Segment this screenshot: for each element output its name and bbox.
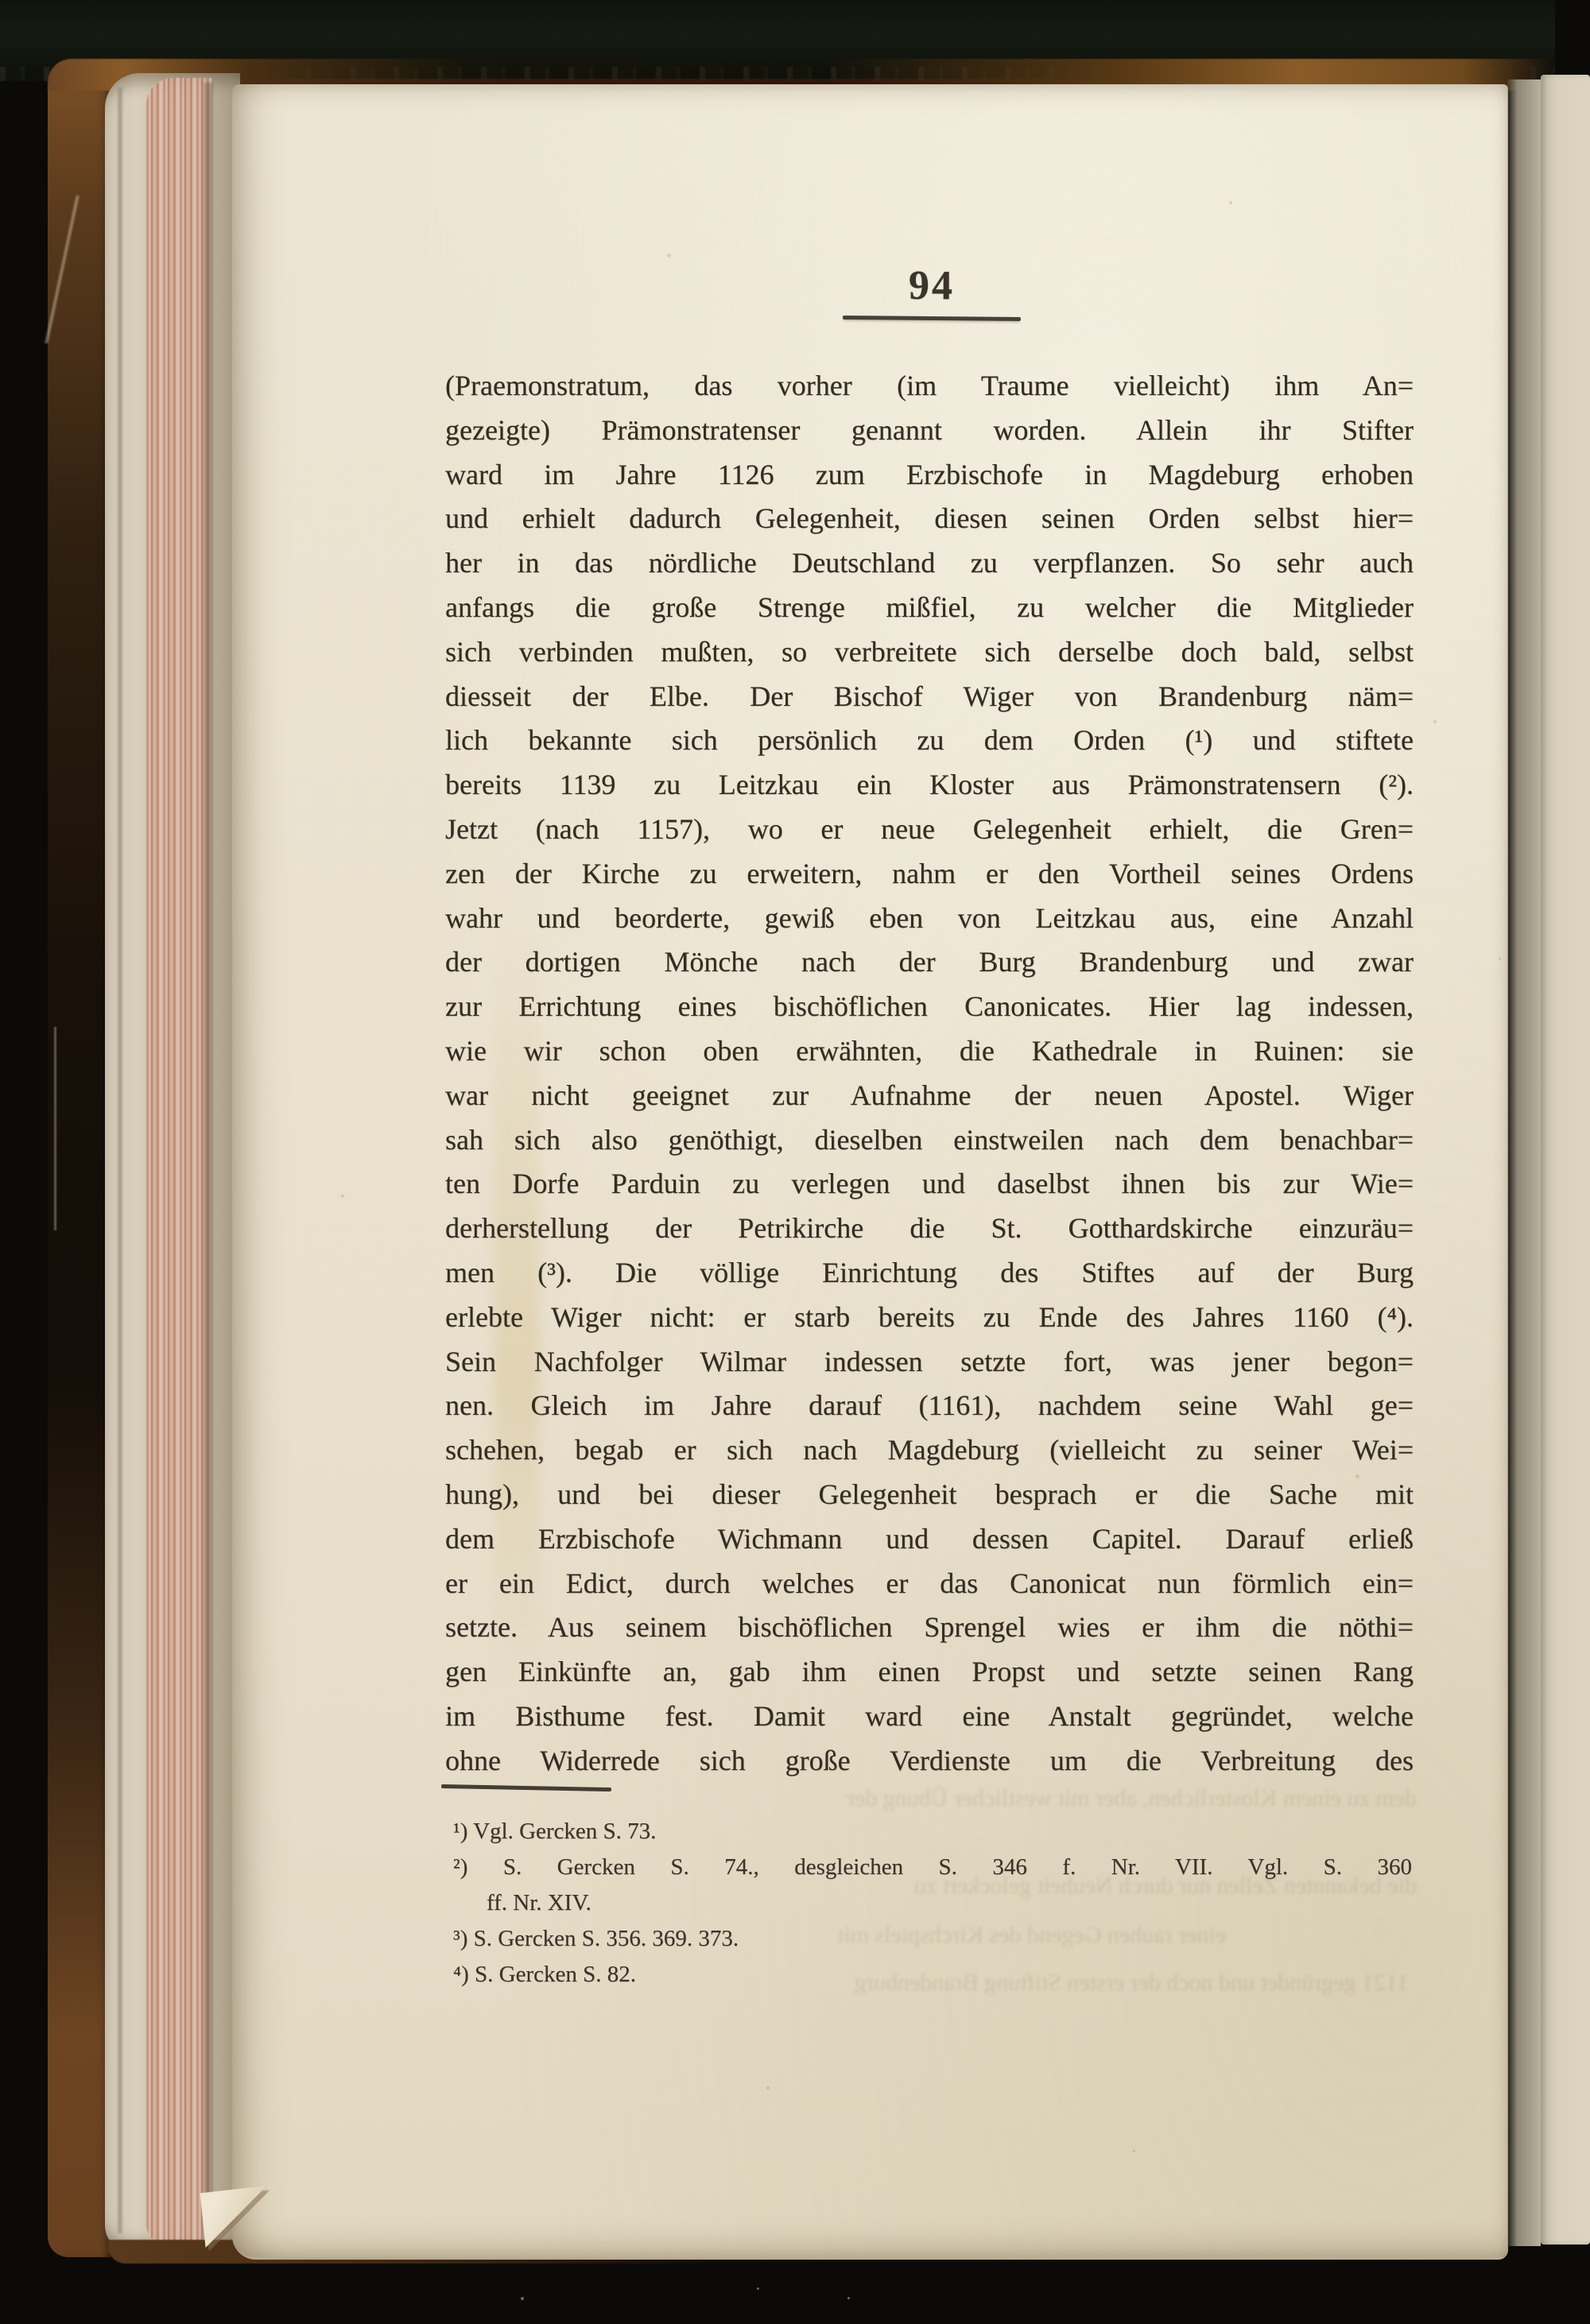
dog-ear-paper bbox=[199, 2186, 267, 2248]
body-text-line: lich bekannte sich persönlich zu dem Ord… bbox=[445, 719, 1414, 763]
cover-scratch bbox=[54, 1027, 56, 1230]
foxing-spot bbox=[898, 429, 902, 433]
body-text-line: war nicht geeignet zur Aufnahme der neue… bbox=[445, 1074, 1414, 1118]
footnote-separator-rule bbox=[441, 1784, 611, 1791]
foxing-spot bbox=[666, 253, 672, 258]
body-text-line: hung), und bei dieser Gelegenheit bespra… bbox=[445, 1473, 1414, 1517]
body-text-line: er ein Edict, durch welches er das Canon… bbox=[445, 1562, 1414, 1606]
body-text-line: der dortigen Mönche nach der Burg Brande… bbox=[445, 940, 1414, 985]
body-text-line: erlebte Wiger nicht: er starb bereits zu… bbox=[445, 1296, 1414, 1340]
book-page: 94 (Praemonstratum, das vorher (im Traum… bbox=[232, 84, 1508, 2260]
body-text-line: setzte. Aus seinem bischöflichen Sprenge… bbox=[445, 1605, 1414, 1650]
foxing-spot bbox=[1355, 1474, 1360, 1479]
page-gap-shadow bbox=[1507, 79, 1541, 2246]
showthrough-text: einer rauhen Gegend des Kirchspiels mit bbox=[709, 1922, 1226, 1949]
body-text-line: bereits 1139 zu Leitzkau ein Kloster aus… bbox=[445, 763, 1414, 808]
page-block-line bbox=[118, 87, 122, 2233]
body-text-line: sah sich also genöthigt, dieselben einst… bbox=[445, 1118, 1414, 1163]
body-text-line: im Bisthume fest. Damit ward eine Anstal… bbox=[445, 1695, 1414, 1739]
body-text-line: dem Erzbischofe Wichmann und dessen Capi… bbox=[445, 1517, 1414, 1562]
body-text-line: und erhielt dadurch Gelegenheit, diesen … bbox=[445, 497, 1414, 541]
showthrough-text: die bekannten Zellen nur durch Neuheit g… bbox=[812, 1873, 1417, 1900]
body-text-line: men (³). Die völlige Einrichtung des Sti… bbox=[445, 1251, 1414, 1296]
foxing-spot bbox=[1498, 957, 1502, 961]
dog-ear-fold bbox=[199, 2186, 267, 2248]
body-text-line: Jetzt (nach 1157), wo er neue Gelegenhei… bbox=[445, 808, 1414, 852]
footnotes: ¹) Vgl. Gercken S. 73. ²) S. Gercken S. … bbox=[453, 1814, 1412, 1993]
body-text-line: schehen, begab er sich nach Magdeburg (v… bbox=[445, 1428, 1414, 1473]
facing-page-edge bbox=[1541, 75, 1590, 2245]
foxing-spot bbox=[1228, 200, 1233, 205]
body-text: (Praemonstratum, das vorher (im Traume v… bbox=[445, 364, 1414, 1784]
page-block-shadow bbox=[202, 83, 213, 2245]
foxing-spot bbox=[560, 510, 564, 514]
page-number: 94 bbox=[852, 262, 1011, 309]
showthrough-text: 1121 gegründet und noch der ersten Stift… bbox=[677, 1970, 1409, 1997]
foxing-spot bbox=[1433, 719, 1437, 724]
body-text-line: wahr und beorderte, gewiß eben von Leitz… bbox=[445, 897, 1414, 941]
body-text-line: anfangs die große Strenge mißfiel, zu we… bbox=[445, 586, 1414, 630]
body-text-line: gen Einkünfte an, gab ihm einen Propst u… bbox=[445, 1650, 1414, 1695]
book-cover-spine-edge bbox=[48, 60, 111, 2257]
body-text-line: her in das nördliche Deutschland zu verp… bbox=[445, 541, 1414, 586]
page-number-rule bbox=[843, 316, 1021, 321]
dust-speck bbox=[757, 2287, 759, 2290]
foxing-spot bbox=[340, 1194, 345, 1199]
body-text-line: nen. Gleich im Jahre darauf (1161), nach… bbox=[445, 1384, 1414, 1428]
footnote-line: ¹) Vgl. Gercken S. 73. bbox=[453, 1814, 1412, 1850]
body-text-line: sich verbinden mußten, so verbreitete si… bbox=[445, 630, 1414, 675]
body-text-line: gezeigte) Prämonstratenser genannt worde… bbox=[445, 409, 1414, 453]
body-text-line: wie wir schon oben erwähnten, die Kathed… bbox=[445, 1029, 1414, 1074]
body-text-line: (Praemonstratum, das vorher (im Traume v… bbox=[445, 364, 1414, 409]
body-text-line: diesseit der Elbe. Der Bischof Wiger von… bbox=[445, 675, 1414, 719]
body-text-line: ward im Jahre 1126 zum Erzbischofe in Ma… bbox=[445, 453, 1414, 498]
body-text-line: zen der Kirche zu erweitern, nahm er den… bbox=[445, 852, 1414, 897]
dust-speck bbox=[847, 2297, 850, 2299]
foxing-spot bbox=[1132, 2149, 1136, 2153]
body-text-line: ohne Widerrede sich große Verdienste um … bbox=[445, 1739, 1414, 1784]
book-scan: 94 (Praemonstratum, das vorher (im Traum… bbox=[0, 0, 1590, 2324]
body-text-line: derherstellung der Petrikirche die St. G… bbox=[445, 1207, 1414, 1251]
foxing-spot bbox=[766, 2086, 770, 2090]
body-text-line: Sein Nachfolger Wilmar indessen setzte f… bbox=[445, 1340, 1414, 1385]
body-text-line: zur Errichtung eines bischöflichen Canon… bbox=[445, 985, 1414, 1029]
dust-speck bbox=[521, 2297, 524, 2300]
body-text-line: ten Dorfe Parduin zu verlegen und daselb… bbox=[445, 1162, 1414, 1207]
showthrough-text: dem zu einem Klosterlichen, aber mit wes… bbox=[677, 1785, 1417, 1812]
